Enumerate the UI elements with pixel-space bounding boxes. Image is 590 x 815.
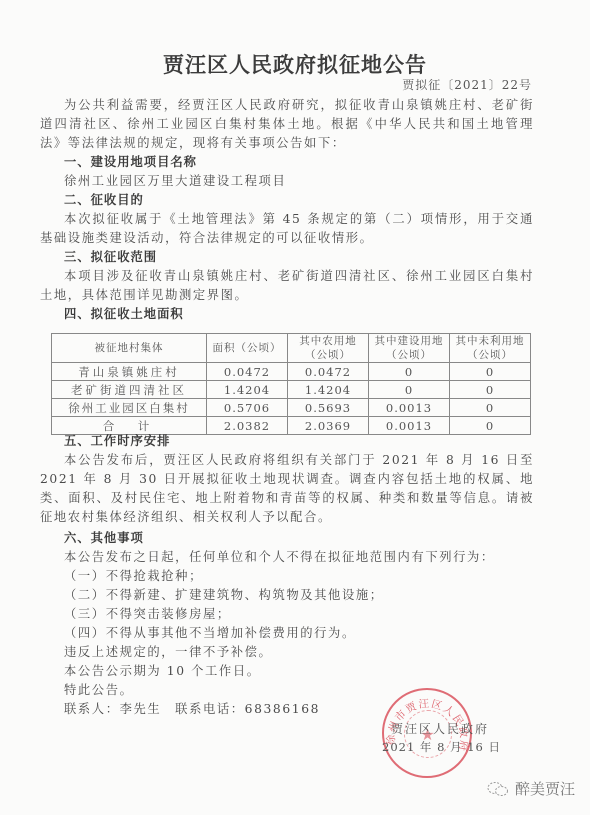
- table-cell: 0.5693: [288, 399, 369, 417]
- table-cell: 0: [450, 399, 531, 417]
- table-cell: 0: [369, 363, 450, 381]
- table-row: 青山泉镇姚庄村 0.0472 0.0472 0 0: [52, 363, 531, 381]
- document-number: 贾拟征〔2021〕22号: [402, 76, 532, 93]
- table-header-row: 被征地村集体 面积（公顷） 其中农用地（公顷） 其中建设用地（公顷） 其中未利用…: [52, 334, 531, 363]
- table-cell: 0: [450, 381, 531, 399]
- document-title: 贾汪区人民政府拟征地公告: [0, 49, 590, 79]
- prohibition-item: （二）不得新建、扩建建筑物、构筑物及其他设施；: [40, 586, 540, 605]
- closing-line: 违反上述规定的，一律不予补偿。: [40, 643, 540, 662]
- table-cell: 0.0472: [288, 363, 369, 381]
- table-cell: 0: [450, 363, 531, 381]
- table-cell: 徐州工业园区白集村: [52, 399, 207, 417]
- table-cell: 青山泉镇姚庄村: [52, 363, 207, 381]
- land-area-table: 被征地村集体 面积（公顷） 其中农用地（公顷） 其中建设用地（公顷） 其中未利用…: [51, 333, 531, 435]
- section-heading-6: 六、其他事项: [40, 529, 540, 548]
- table-header-cell: 其中农用地（公顷）: [288, 334, 369, 363]
- intro-paragraph: 为公共利益需要，经贾汪区人民政府研究，拟征收青山泉镇姚庄村、老矿街道四清社区、徐…: [40, 96, 534, 153]
- table-cell: 0.0013: [369, 399, 450, 417]
- watermark-label: 醉美贾汪: [515, 778, 575, 799]
- document-body-top: 为公共利益需要，经贾汪区人民政府研究，拟征收青山泉镇姚庄村、老矿街道四清社区、徐…: [40, 96, 534, 324]
- closing-line: 本公告公示期为 10 个工作日。: [40, 662, 540, 681]
- wechat-icon: [487, 781, 509, 797]
- table-header-cell: 面积（公顷）: [207, 334, 288, 363]
- signature-issuer: 贾汪区人民政府: [391, 720, 489, 737]
- signature-date: 2021 年 8 月 16 日: [382, 739, 501, 755]
- table-row: 徐州工业园区白集村 0.5706 0.5693 0.0013 0: [52, 399, 531, 417]
- section-heading-2: 二、征收目的: [40, 191, 534, 210]
- section-heading-3: 三、拟征收范围: [40, 248, 534, 267]
- table-header-cell: 其中未利用地（公顷）: [450, 334, 531, 363]
- prohibition-item: （一）不得抢栽抢种；: [40, 567, 540, 586]
- table-cell: 0.5706: [207, 399, 288, 417]
- table-header-cell: 其中建设用地（公顷）: [369, 334, 450, 363]
- section-text-1: 徐州工业园区万里大道建设工程项目: [40, 172, 534, 191]
- prohibition-item: （四）不得从事其他不当增加补偿费用的行为。: [40, 624, 540, 643]
- notice-page: 贾汪区人民政府拟征地公告 贾拟征〔2021〕22号 为公共利益需要，经贾汪区人民…: [0, 0, 590, 815]
- section-text-3: 本项目涉及征收青山泉镇姚庄村、老矿街道四清社区、徐州工业园区白集村土地，具体范围…: [40, 267, 534, 305]
- section-heading-1: 一、建设用地项目名称: [40, 153, 534, 172]
- table-header-cell: 被征地村集体: [52, 334, 207, 363]
- document-body-bottom: 五、工作时序安排 本公告发布后，贾汪区人民政府将组织有关部门于 2021 年 8…: [40, 432, 540, 719]
- table-cell: 0.0472: [207, 363, 288, 381]
- table-cell: 0: [369, 381, 450, 399]
- prohibition-item: （三）不得突击装修房屋；: [40, 605, 540, 624]
- section-text-2: 本次拟征收属于《土地管理法》第 45 条规定的第（二）项情形，用于交通基础设施类…: [40, 210, 534, 248]
- watermark: 醉美贾汪: [487, 778, 575, 799]
- section-text-6: 本公告发布之日起，任何单位和个人不得在拟征地范围内有下列行为：: [40, 548, 540, 567]
- section-text-5: 本公告发布后，贾汪区人民政府将组织有关部门于 2021 年 8 月 16 日至 …: [40, 451, 534, 527]
- table-cell: 老矿街道四清社区: [52, 381, 207, 399]
- section-heading-5: 五、工作时序安排: [40, 432, 540, 451]
- table-cell: 1.4204: [207, 381, 288, 399]
- table-row: 老矿街道四清社区 1.4204 1.4204 0 0: [52, 381, 531, 399]
- section-heading-4: 四、拟征收土地面积: [40, 305, 534, 324]
- table-cell: 1.4204: [288, 381, 369, 399]
